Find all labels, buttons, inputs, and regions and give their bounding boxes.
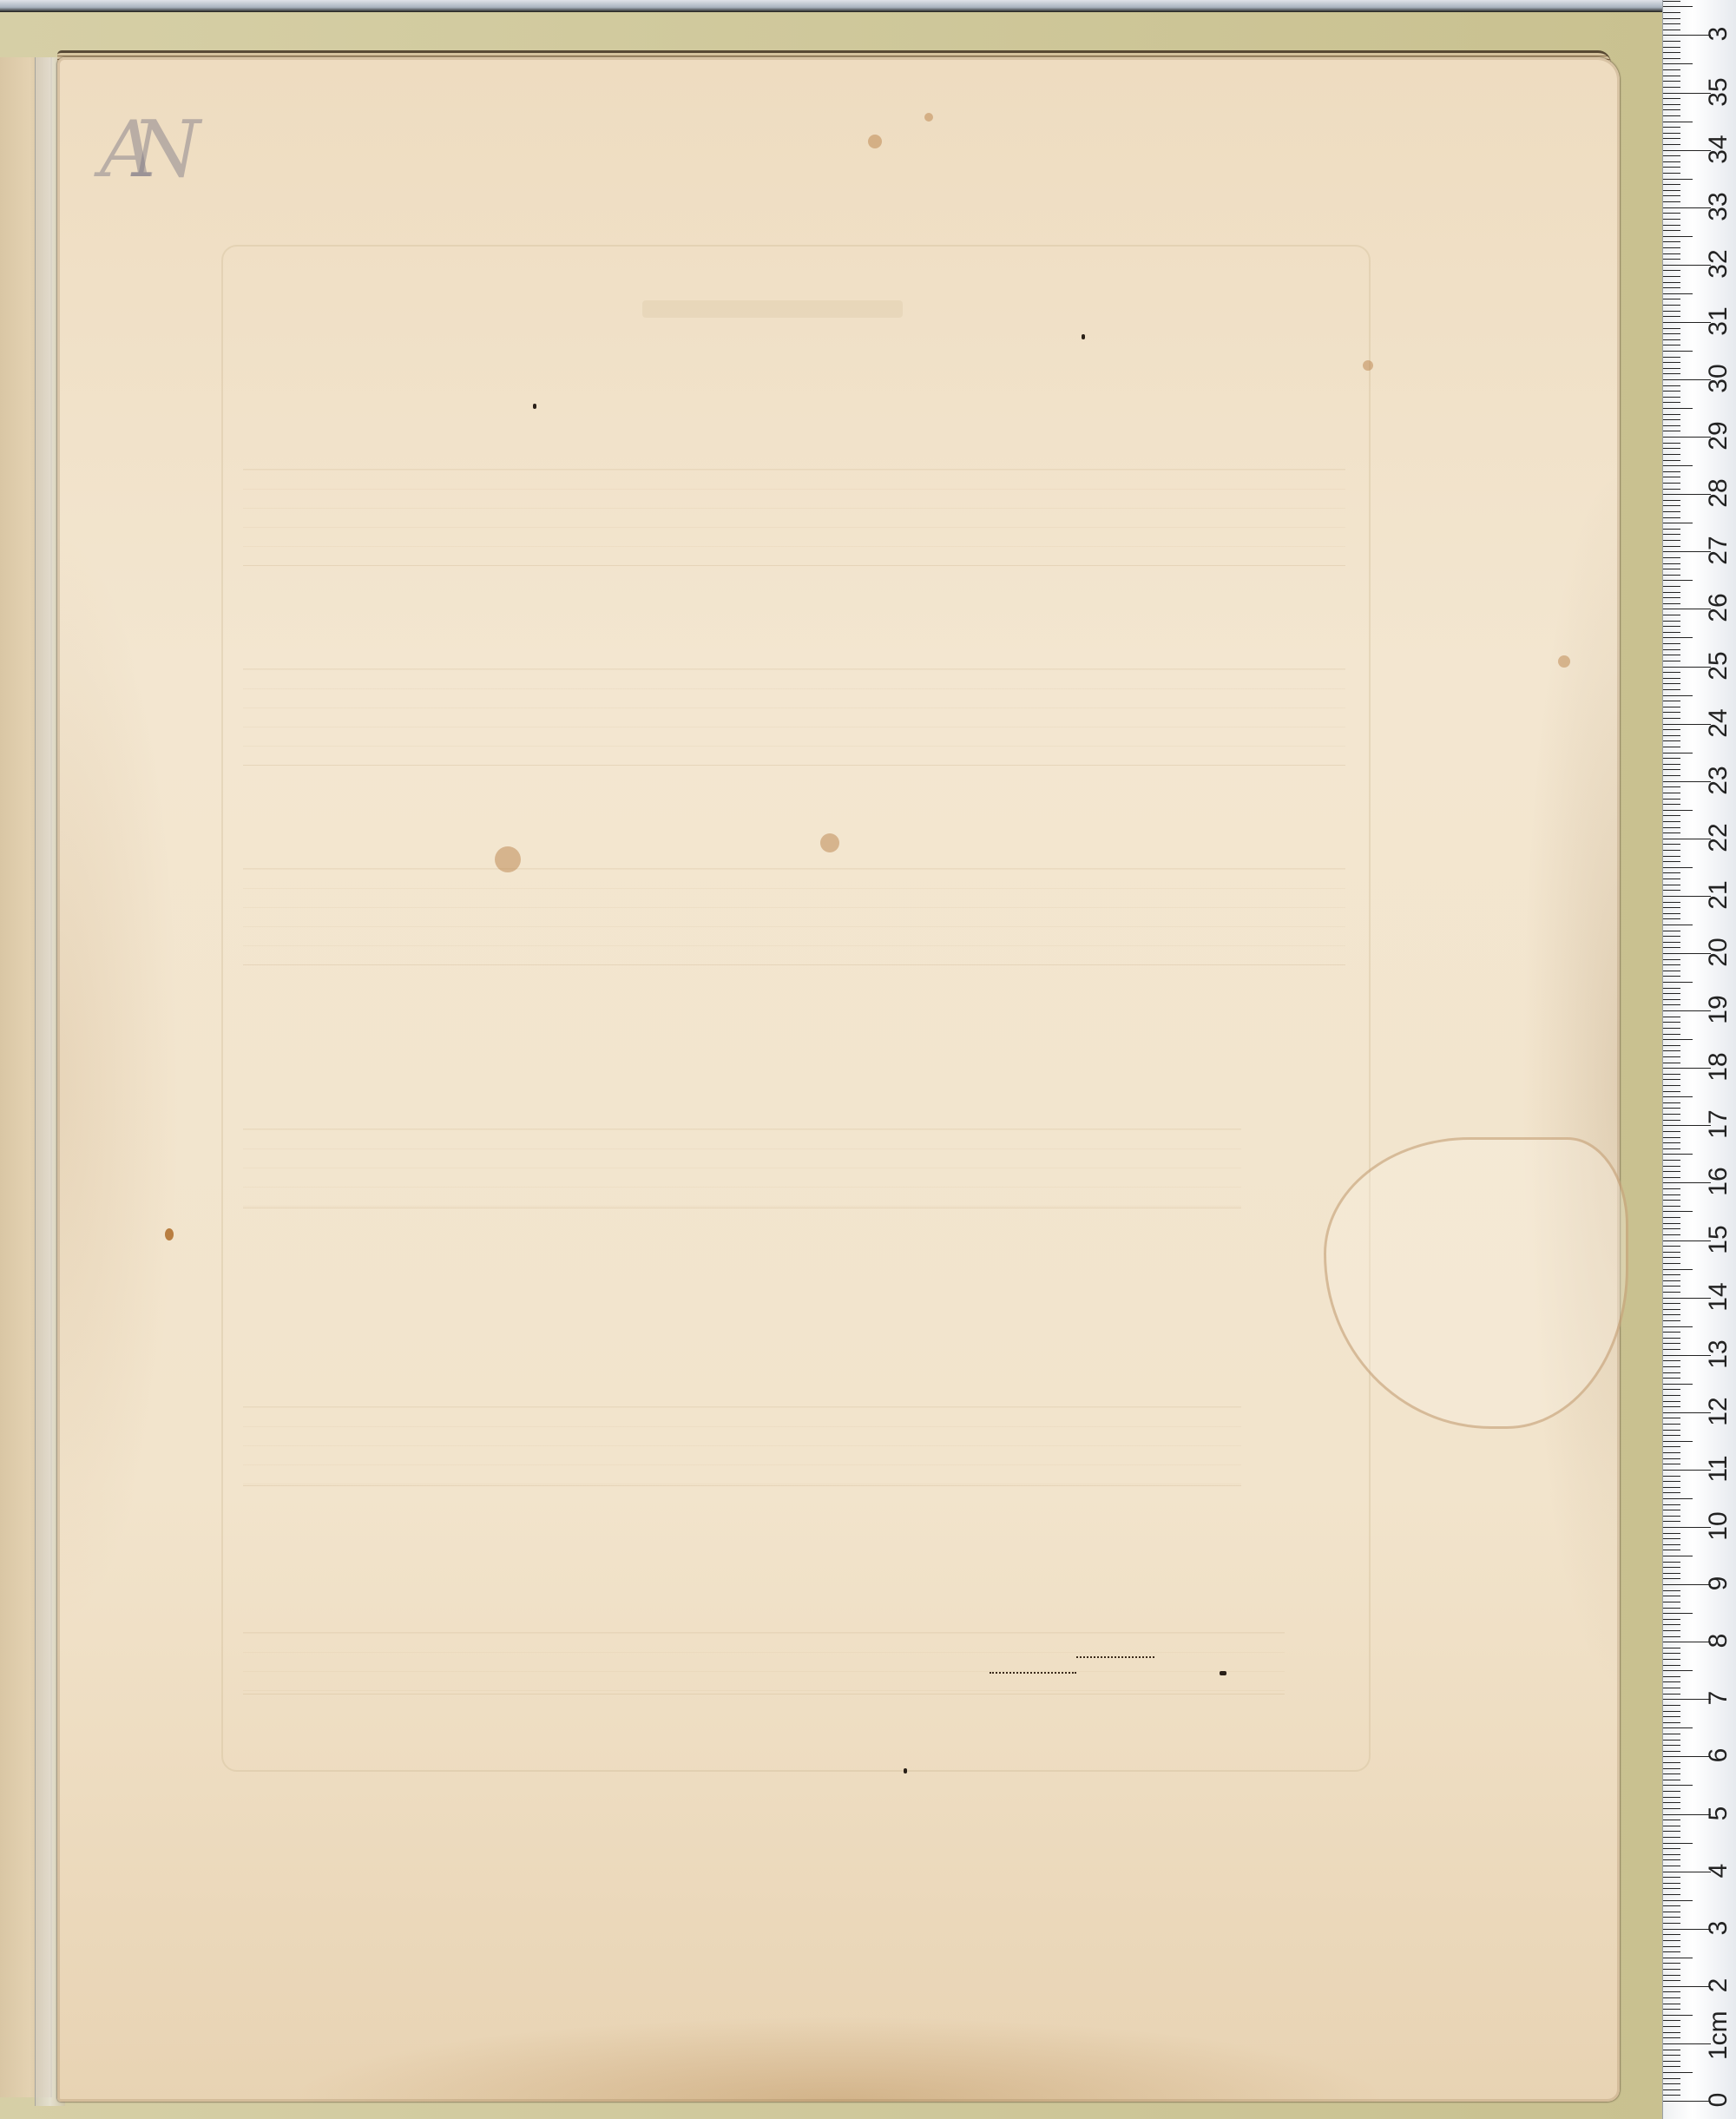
foxing-spot — [868, 135, 882, 148]
ruler-tick — [1663, 1888, 1680, 1889]
ruler-tick — [1663, 1550, 1680, 1550]
ruler-tick — [1663, 2078, 1680, 2079]
ruler-tick — [1663, 1774, 1680, 1774]
ruler-tick — [1663, 1826, 1680, 1826]
ruler-tick — [1663, 190, 1680, 191]
ruler-tick — [1663, 1762, 1680, 1763]
ruler-tick — [1663, 1166, 1680, 1167]
ruler-tick — [1663, 534, 1680, 535]
ruler-tick — [1663, 1676, 1680, 1677]
ruler-tick — [1663, 1923, 1680, 1924]
ruler-label: 3 — [1704, 1911, 1733, 1945]
ruler-tick — [1663, 41, 1680, 42]
ruler-tick — [1663, 678, 1680, 679]
ruler-tick — [1663, 1859, 1680, 1860]
ruler-tick — [1663, 2066, 1680, 2067]
ruler-tick — [1663, 786, 1680, 787]
ruler-tick — [1663, 1257, 1680, 1258]
ruler-tick — [1663, 879, 1680, 879]
ruler-tick — [1663, 1727, 1693, 1728]
ruler-tick — [1663, 1292, 1680, 1293]
ruler-tick — [1663, 1624, 1680, 1625]
ruler-tick — [1663, 1314, 1680, 1315]
ruler-tick — [1663, 1280, 1680, 1281]
ruler-label: 0 — [1704, 2083, 1733, 2117]
show-through-staff — [243, 1406, 1241, 1486]
ruler-label: 15 — [1704, 1222, 1733, 1257]
ruler-tick — [1663, 1492, 1680, 1493]
ruler-tick — [1663, 707, 1680, 707]
ruler-tick — [1663, 523, 1693, 523]
ruler-tick — [1663, 701, 1680, 701]
ruler-label: 22 — [1704, 820, 1733, 855]
ruler-tick — [1663, 259, 1680, 260]
ruler-tick — [1663, 276, 1680, 277]
ruler-tick — [1663, 373, 1680, 374]
ruler-tick — [1663, 1079, 1680, 1080]
ruler-tick — [1663, 30, 1680, 30]
ruler-tick — [1663, 683, 1680, 684]
ruler-tick — [1663, 1142, 1680, 1143]
ruler-tick — [1663, 976, 1680, 977]
ruler-tick — [1663, 225, 1680, 226]
ruler-tick — [1663, 47, 1680, 48]
ruler-tick — [1663, 615, 1680, 615]
ruler-label: 34 — [1704, 132, 1733, 167]
ruler-tick — [1663, 138, 1680, 139]
ruler-tick — [1663, 1648, 1680, 1648]
ruler-label: 17 — [1704, 1107, 1733, 1142]
ruler-label: 16 — [1704, 1164, 1733, 1199]
ruler-tick — [1663, 87, 1680, 88]
ruler-tick — [1663, 832, 1680, 833]
ruler-tick — [1663, 287, 1680, 288]
ruler-tick — [1663, 1039, 1693, 1040]
ruler-tick — [1663, 104, 1680, 105]
ruler-label: 31 — [1704, 304, 1733, 339]
foxing-spot — [820, 833, 839, 852]
ruler-tick — [1663, 850, 1680, 851]
ruler-tick — [1663, 1160, 1680, 1161]
ruler-tick — [1663, 649, 1680, 650]
ruler-tick — [1663, 729, 1680, 730]
ruler-tick — [1663, 1653, 1680, 1654]
ruler-tick — [1663, 201, 1680, 202]
ruler-tick — [1663, 213, 1680, 214]
ruler-label: 13 — [1704, 1337, 1733, 1372]
ruler-tick — [1663, 1441, 1693, 1442]
ruler-tick — [1663, 1378, 1680, 1379]
ruler-tick — [1663, 603, 1680, 604]
ruler-tick — [1663, 592, 1680, 593]
foxing-spot — [1363, 360, 1373, 371]
ruler-tick — [1663, 12, 1680, 13]
ruler-tick — [1663, 925, 1693, 925]
ruler-label: 2 — [1704, 1968, 1733, 2003]
ink-speck — [1082, 334, 1085, 339]
ruler-tick — [1663, 1137, 1680, 1138]
ruler-tick — [1663, 98, 1680, 99]
ruler-tick — [1663, 1556, 1693, 1556]
ruler-tick — [1663, 1, 1680, 2]
ruler-tick — [1663, 1866, 1680, 1866]
ruler-tick — [1663, 964, 1680, 965]
ruler-tick — [1663, 161, 1680, 162]
ruler-tick — [1663, 1958, 1693, 1958]
ruler-tick — [1663, 1401, 1680, 1402]
ruler-tick — [1663, 81, 1680, 82]
ruler-tick — [1663, 1596, 1680, 1596]
measurement-ruler: 01cm234567891011121314151617181920212223… — [1662, 0, 1736, 2119]
ruler-label: 23 — [1704, 763, 1733, 798]
ruler-tick — [1663, 1991, 1680, 1992]
ruler-tick — [1663, 414, 1680, 415]
ruler-tick — [1663, 127, 1680, 128]
ruler-tick — [1663, 408, 1693, 409]
ruler-tick — [1663, 184, 1680, 185]
ruler-tick — [1663, 1659, 1680, 1660]
ruler-tick — [1663, 2072, 1693, 2073]
ruler-tick — [1663, 867, 1693, 868]
ruler-tick — [1663, 1740, 1680, 1741]
ruler-tick — [1663, 1395, 1680, 1396]
ruler-label: 33 — [1704, 189, 1733, 224]
ruler-label: 27 — [1704, 533, 1733, 568]
ruler-tick — [1663, 775, 1680, 776]
ruler-tick — [1663, 391, 1680, 392]
ruler-tick — [1663, 385, 1680, 386]
ruler-tick — [1663, 397, 1680, 398]
ruler-tick — [1663, 2095, 1680, 2096]
ruler-tick — [1663, 133, 1680, 134]
ruler-tick — [1663, 735, 1680, 736]
ruler-tick — [1663, 810, 1693, 811]
ruler-tick — [1663, 471, 1680, 472]
ruler-tick — [1663, 982, 1693, 983]
ruler-tick — [1663, 740, 1680, 741]
foxing-spot — [924, 113, 933, 122]
ruler-tick — [1663, 1274, 1680, 1275]
ruler-tick — [1663, 368, 1680, 369]
ruler-tick — [1663, 844, 1680, 845]
ruler-tick — [1663, 477, 1680, 477]
ruler-tick — [1663, 2015, 1693, 2016]
ruler-tick — [1663, 1808, 1680, 1809]
foxing-spot — [495, 846, 521, 872]
ruler-tick — [1663, 1004, 1680, 1005]
ruler-tick — [1663, 942, 1680, 943]
ruler-tick — [1663, 1705, 1680, 1706]
ruler-tick — [1663, 2083, 1680, 2084]
ruler-tick — [1663, 661, 1680, 661]
ruler-tick — [1663, 557, 1680, 558]
ruler-tick — [1663, 1028, 1680, 1029]
ruler-tick — [1663, 1034, 1680, 1035]
ruler-tick — [1663, 827, 1680, 828]
ruler-tick — [1663, 1476, 1680, 1477]
ink-dash-mark — [990, 1672, 1076, 1675]
ruler-label: 6 — [1704, 1738, 1733, 1773]
ruler-tick — [1663, 517, 1680, 518]
ruler-tick — [1663, 1389, 1680, 1390]
show-through-staff — [243, 668, 1345, 766]
ruler-tick — [1663, 122, 1693, 122]
ruler-tick — [1663, 109, 1680, 110]
ruler-tick — [1663, 689, 1680, 690]
ruler-label: 32 — [1704, 247, 1733, 281]
ruler-tick — [1663, 569, 1680, 569]
ruler-tick — [1663, 1900, 1693, 1901]
ruler-tick — [1663, 1050, 1680, 1051]
ruler-tick — [1663, 1510, 1680, 1510]
ruler-tick — [1663, 815, 1680, 816]
ruler-tick — [1663, 1360, 1680, 1361]
ruler-tick — [1663, 1975, 1680, 1976]
show-through-staff — [243, 1129, 1241, 1208]
ruler-tick — [1663, 115, 1680, 116]
ruler-tick — [1663, 799, 1680, 800]
ruler-tick — [1663, 959, 1680, 960]
ruler-tick — [1663, 1951, 1680, 1952]
ruler-tick — [1663, 1481, 1680, 1482]
ruler-tick — [1663, 1228, 1680, 1229]
ruler-tick — [1663, 293, 1693, 294]
ruler-tick — [1663, 357, 1680, 358]
ruler-tick — [1663, 971, 1680, 971]
ruler-tick — [1663, 1619, 1680, 1620]
ruler-label: 35 — [1704, 75, 1733, 109]
ruler-tick — [1663, 988, 1680, 989]
ruler-tick — [1663, 2050, 1680, 2050]
ruler-tick — [1663, 465, 1693, 466]
ruler-tick — [1663, 1056, 1680, 1057]
pencil-monogram: AN — [100, 102, 213, 198]
ruler-tick — [1663, 993, 1680, 994]
ink-dash-mark — [1076, 1656, 1154, 1660]
ruler-tick — [1663, 76, 1680, 76]
ruler-tick — [1663, 1785, 1693, 1786]
ruler-tick — [1663, 1848, 1680, 1849]
ruler-tick — [1663, 861, 1680, 862]
ruler-tick — [1663, 637, 1693, 638]
ruler-label: 1cm — [1704, 2025, 1733, 2060]
ruler-tick — [1663, 1681, 1680, 1682]
ruler-tick — [1663, 2037, 1680, 2038]
ruler-tick — [1663, 1338, 1680, 1339]
ruler-tick — [1663, 144, 1680, 145]
ruler-tick — [1663, 1349, 1680, 1350]
ruler-tick — [1663, 1980, 1680, 1981]
ruler-tick — [1663, 597, 1680, 598]
ruler-label: 8 — [1704, 1623, 1733, 1658]
ruler-tick — [1663, 241, 1680, 242]
ruler-tick — [1663, 1745, 1680, 1746]
ruler-tick — [1663, 758, 1680, 759]
ruler-tick — [1663, 1894, 1680, 1895]
ruler-tick — [1663, 1636, 1680, 1637]
ruler-tick — [1663, 1406, 1680, 1407]
ink-speck — [904, 1768, 907, 1774]
ruler-tick — [1663, 1969, 1680, 1970]
ruler-tick — [1663, 1883, 1680, 1884]
ruler-tick — [1663, 1171, 1680, 1172]
ruler-tick — [1663, 425, 1680, 426]
ruler-tick — [1663, 1343, 1680, 1344]
ruler-tick — [1663, 58, 1680, 59]
ruler-label: 26 — [1704, 590, 1733, 625]
ruler-tick — [1663, 1102, 1680, 1103]
ruler-tick — [1663, 672, 1680, 673]
ruler-tick — [1663, 2026, 1680, 2027]
ruler-tick — [1663, 155, 1680, 156]
ruler-tick — [1663, 23, 1680, 24]
ruler-tick — [1663, 1820, 1680, 1820]
ruler-tick — [1663, 362, 1680, 363]
ruler-tick — [1663, 1206, 1680, 1207]
ruler-tick — [1663, 69, 1680, 70]
ruler-tick — [1663, 311, 1680, 312]
ruler-tick — [1663, 1114, 1680, 1115]
ruler-tick — [1663, 1613, 1693, 1614]
ruler-tick — [1663, 1435, 1680, 1436]
ruler-tick — [1663, 247, 1680, 248]
ruler-tick — [1663, 1045, 1680, 1046]
ruler-tick — [1663, 2009, 1680, 2010]
show-through-staff — [243, 1632, 1285, 1695]
ruler-tick — [1663, 253, 1680, 254]
ruler-tick — [1663, 1608, 1680, 1609]
ruler-tick — [1663, 1573, 1680, 1574]
ink-speck — [1220, 1671, 1226, 1675]
ruler-tick — [1663, 902, 1680, 903]
ruler-tick — [1663, 1211, 1693, 1212]
ruler-tick — [1663, 1372, 1680, 1373]
ruler-tick — [1663, 1670, 1693, 1671]
ruler-tick — [1663, 345, 1680, 345]
ruler-tick — [1663, 1446, 1680, 1447]
ruler-tick — [1663, 460, 1680, 461]
ruler-tick — [1663, 6, 1693, 7]
ruler-tick — [1663, 63, 1693, 64]
ruler-tick — [1663, 1458, 1680, 1459]
ruler-tick — [1663, 351, 1693, 352]
ruler-tick — [1663, 1831, 1680, 1832]
ruler-tick — [1663, 655, 1680, 655]
show-through-staff — [243, 469, 1345, 566]
ruler-tick — [1663, 1332, 1680, 1333]
ruler-tick — [1663, 2032, 1680, 2033]
ruler-tick — [1663, 1430, 1680, 1431]
ruler-tick — [1663, 1791, 1680, 1792]
ruler-tick — [1663, 1148, 1680, 1149]
ruler-tick — [1663, 1309, 1680, 1310]
ruler-tick — [1663, 282, 1680, 283]
ruler-tick — [1663, 643, 1680, 644]
ruler-label: 30 — [1704, 361, 1733, 396]
ruler-tick — [1663, 419, 1680, 420]
ruler-tick — [1663, 1711, 1680, 1712]
ruler-tick — [1663, 1521, 1680, 1522]
ruler-tick — [1663, 712, 1680, 713]
ruler-label: 14 — [1704, 1280, 1733, 1314]
ruler-tick — [1663, 2055, 1680, 2056]
ruler-tick — [1663, 2020, 1680, 2021]
ruler-tick — [1663, 1326, 1693, 1327]
ruler-label: 24 — [1704, 706, 1733, 740]
ruler-tick — [1663, 219, 1680, 220]
ruler-label: 12 — [1704, 1394, 1733, 1429]
ruler-tick — [1663, 1940, 1680, 1941]
ruler-tick — [1663, 1665, 1680, 1666]
ruler-tick — [1663, 1487, 1680, 1488]
ruler-tick — [1663, 1716, 1680, 1717]
ruler-tick — [1663, 793, 1680, 793]
ruler-tick — [1663, 1533, 1680, 1534]
ruler-tick — [1663, 511, 1680, 512]
ruler-tick — [1663, 1516, 1680, 1517]
ruler-tick — [1663, 339, 1680, 340]
ruler-tick — [1663, 1694, 1680, 1695]
ruler-tick — [1663, 1768, 1680, 1769]
ruler-tick — [1663, 1854, 1680, 1855]
ruler-tick — [1663, 769, 1680, 770]
ruler-tick — [1663, 529, 1680, 530]
ruler-tick — [1663, 195, 1680, 196]
ruler-tick — [1663, 236, 1693, 237]
ruler-tick — [1663, 2089, 1680, 2090]
ruler-tick — [1663, 179, 1693, 180]
ruler-label: 3 — [1704, 16, 1733, 51]
ruler-tick — [1663, 718, 1680, 719]
ruler-tick — [1663, 1498, 1693, 1499]
ruler-tick — [1663, 1177, 1680, 1178]
ruler-tick — [1663, 1269, 1693, 1270]
ruler-tick — [1663, 1217, 1680, 1218]
ruler-tick — [1663, 1022, 1680, 1023]
ruler-tick — [1663, 454, 1680, 455]
ruler-tick — [1663, 1017, 1680, 1017]
ruler-tick — [1663, 913, 1680, 914]
ruler-tick — [1663, 695, 1693, 696]
ruler-tick — [1663, 1578, 1680, 1579]
ruler-tick — [1663, 1246, 1680, 1247]
ruler-tick — [1663, 328, 1680, 329]
ruler-tick — [1663, 1418, 1680, 1418]
show-through-title — [642, 300, 903, 318]
ruler-tick — [1663, 540, 1680, 541]
ruler-label: 25 — [1704, 648, 1733, 683]
ruler-tick — [1663, 563, 1680, 564]
ruler-tick — [1663, 918, 1680, 919]
ruler-tick — [1663, 1263, 1680, 1264]
ruler-tick — [1663, 1946, 1680, 1947]
ruler-tick — [1663, 1843, 1693, 1844]
ruler-tick — [1663, 1091, 1680, 1092]
ruler-tick — [1663, 1797, 1680, 1798]
ink-speck — [533, 404, 536, 409]
ruler-tick — [1663, 632, 1680, 633]
ruler-tick — [1663, 1751, 1680, 1752]
ruler-label: 29 — [1704, 418, 1733, 453]
ruler-tick — [1663, 1188, 1680, 1189]
ruler-tick — [1663, 431, 1680, 431]
ruler-tick — [1663, 1223, 1680, 1224]
ruler-tick — [1663, 1912, 1680, 1912]
ruler-tick — [1663, 1200, 1680, 1201]
ruler-tick — [1663, 1963, 1680, 1964]
ruler-tick — [1663, 1630, 1680, 1631]
ruler-tick — [1663, 1234, 1680, 1235]
